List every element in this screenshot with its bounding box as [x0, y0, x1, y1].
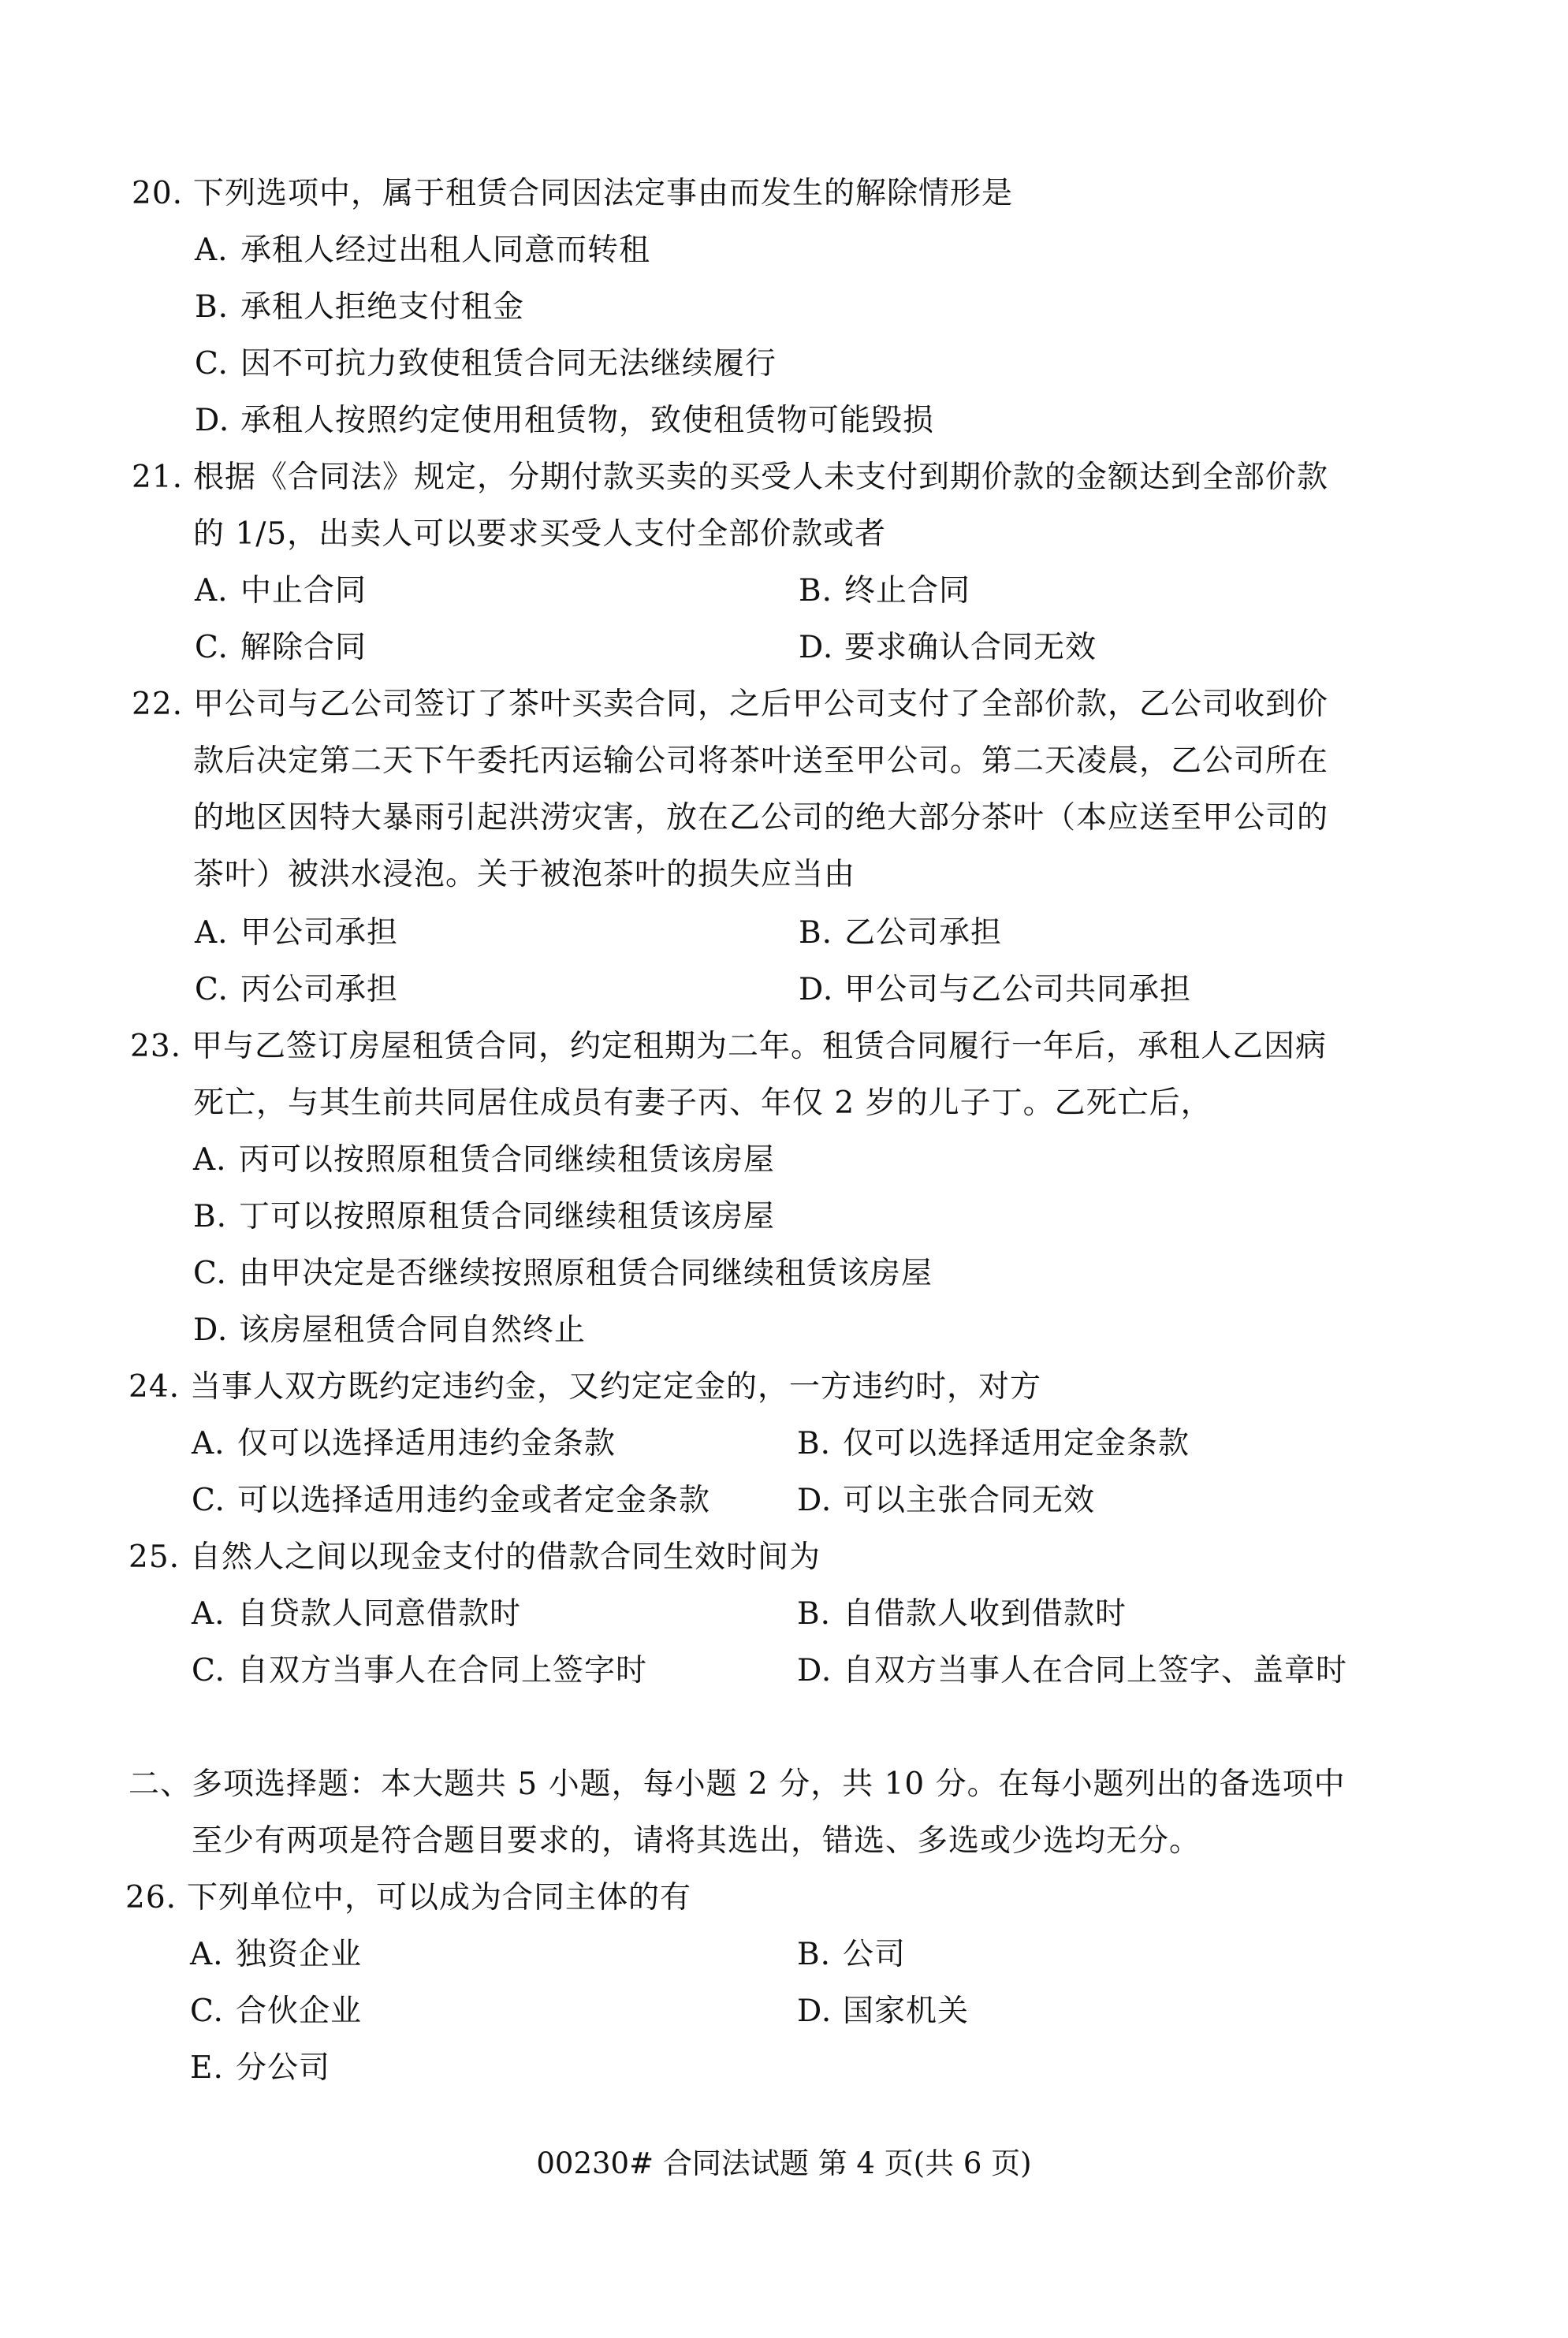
option-label: C.: [192, 1482, 237, 1520]
option-label: A.: [195, 572, 240, 610]
question-23-stem-cont: 死亡，与其生前共同居住成员有妻子丙、年仅 2 岁的儿子丁。乙死亡后，: [193, 1085, 1212, 1122]
text: 茶叶）被洪水浸泡。关于被泡茶叶的损失应当由: [193, 857, 855, 892]
text: 甲公司与乙公司共同承担: [844, 972, 1191, 1007]
text: 该房屋租赁合同自然终止: [239, 1312, 586, 1348]
option-label: A.: [195, 914, 240, 952]
text: 丙公司承担: [240, 972, 398, 1007]
option-label: B.: [799, 572, 844, 610]
question-number: 24.: [128, 1368, 190, 1406]
text: 下列选项中，属于租赁合同因法定事由而发生的解除情形是: [193, 176, 1013, 211]
text: 自借款人收到借款时: [843, 1596, 1127, 1632]
question-24-option-a: A.仅可以选择适用违约金条款: [192, 1425, 616, 1463]
question-26-option-c: C.合伙企业: [190, 1993, 362, 2031]
question-21-option-d: D.要求确认合同无效: [799, 629, 1097, 667]
option-label: E.: [190, 2049, 236, 2087]
question-26-option-e: E.分公司: [190, 2049, 330, 2087]
question-23-stem: 23.甲与乙签订房屋租赁合同，约定租期为二年。租赁合同履行一年后，承租人乙因病: [130, 1028, 1327, 1066]
text: 要求确认合同无效: [844, 630, 1097, 665]
option-label: C.: [195, 971, 240, 1009]
question-22-stem-cont-3: 茶叶）被洪水浸泡。关于被泡茶叶的损失应当由: [193, 856, 855, 894]
question-22-option-d: D.甲公司与乙公司共同承担: [799, 971, 1191, 1009]
text: 至少有两项是符合题目要求的，请将其选出，错选、多选或少选均无分。: [192, 1823, 1201, 1859]
text: 国家机关: [843, 1994, 969, 2029]
question-25-option-c: C.自双方当事人在合同上签字时: [192, 1652, 647, 1690]
option-label: B.: [195, 289, 240, 326]
text: 仅可以选择适用违约金条款: [237, 1426, 616, 1461]
question-23-option-a: A.丙可以按照原租赁合同继续租赁该房屋: [193, 1141, 775, 1179]
text: 中止合同: [240, 573, 367, 609]
text: 根据《合同法》规定，分期付款买卖的买受人未支付到期价款的金额达到全部价款: [193, 460, 1328, 495]
page-footer: 00230# 合同法试题 第 4 页(共 6 页): [0, 2146, 1568, 2182]
text: 承租人拒绝支付租金: [240, 289, 524, 325]
text: 解除合同: [240, 630, 367, 665]
text: 仅可以选择适用定金条款: [843, 1426, 1190, 1461]
option-label: A.: [192, 1425, 237, 1463]
question-21-option-c: C.解除合同: [195, 629, 367, 667]
option-label: D.: [799, 629, 844, 667]
text: 丙可以按照原租赁合同继续租赁该房屋: [239, 1142, 775, 1178]
question-24-stem: 24.当事人双方既约定违约金，又约定定金的，一方违约时，对方: [128, 1368, 1041, 1406]
text: 甲公司承担: [240, 915, 398, 951]
option-label: D.: [195, 402, 240, 440]
text: 乙公司承担: [844, 915, 1002, 951]
option-label: C.: [195, 345, 240, 383]
option-label: D.: [797, 1482, 843, 1520]
question-25-option-d: D.自双方当事人在合同上签字、盖章时: [797, 1652, 1347, 1690]
text: 的地区因特大暴雨引起洪涝灾害，放在乙公司的绝大部分茶叶（本应送至甲公司的: [193, 800, 1328, 836]
question-24-option-b: B.仅可以选择适用定金条款: [797, 1425, 1190, 1463]
question-24-option-d: D.可以主张合同无效: [797, 1482, 1095, 1520]
text: 甲与乙签订房屋租赁合同，约定租期为二年。租赁合同履行一年后，承租人乙因病: [192, 1029, 1327, 1064]
text: 自然人之间以现金支付的借款合同生效时间为: [190, 1539, 821, 1575]
question-21-stem-cont: 的 1/5，出卖人可以要求买受人支付全部价款或者: [193, 516, 886, 553]
option-label: B.: [799, 914, 844, 952]
option-label: A.: [192, 1595, 237, 1633]
question-number: 23.: [130, 1028, 192, 1066]
question-23-option-c: C.由甲决定是否继续按照原租赁合同继续租赁该房屋: [193, 1255, 933, 1293]
option-label: C.: [195, 629, 240, 667]
option-label: A.: [195, 232, 240, 270]
text: 可以主张合同无效: [843, 1483, 1095, 1518]
question-number: 26.: [125, 1879, 187, 1917]
option-label: B.: [797, 1936, 843, 1974]
question-20-option-a: A.承租人经过出租人同意而转租: [195, 232, 650, 270]
question-25-stem: 25.自然人之间以现金支付的借款合同生效时间为: [128, 1539, 821, 1577]
option-label: D.: [193, 1312, 239, 1350]
option-label: C.: [192, 1652, 237, 1690]
text: 自双方当事人在合同上签字时: [237, 1653, 647, 1688]
question-23-option-b: B.丁可以按照原租赁合同继续租赁该房屋: [193, 1198, 775, 1236]
question-20-option-d: D.承租人按照约定使用租赁物，致使租赁物可能毁损: [195, 402, 934, 440]
section-2-heading: 二、多项选择题：本大题共 5 小题，每小题 2 分，共 10 分。在每小题列出的…: [128, 1766, 1346, 1804]
text: 下列单位中，可以成为合同主体的有: [187, 1880, 691, 1915]
question-26-option-d: D.国家机关: [797, 1993, 969, 2031]
question-22-option-a: A.甲公司承担: [195, 914, 398, 952]
question-number: 22.: [132, 686, 193, 724]
text: 丁可以按照原租赁合同继续租赁该房屋: [239, 1199, 775, 1234]
text: 款后决定第二天下午委托丙运输公司将茶叶送至甲公司。第二天凌晨，乙公司所在: [193, 743, 1328, 779]
question-22-stem-cont-2: 的地区因特大暴雨引起洪涝灾害，放在乙公司的绝大部分茶叶（本应送至甲公司的: [193, 799, 1328, 837]
text: 由甲决定是否继续按照原租赁合同继续租赁该房屋: [239, 1256, 933, 1291]
option-label: C.: [193, 1255, 239, 1293]
question-26-stem: 26.下列单位中，可以成为合同主体的有: [125, 1879, 691, 1917]
text: 可以选择适用违约金或者定金条款: [237, 1483, 710, 1518]
option-label: D.: [797, 1993, 843, 2031]
question-22-option-b: B.乙公司承担: [799, 914, 1002, 952]
text: 当事人双方既约定违约金，又约定定金的，一方违约时，对方: [190, 1369, 1041, 1405]
text: 终止合同: [844, 573, 970, 609]
text: 甲公司与乙公司签订了茶叶买卖合同，之后甲公司支付了全部价款，乙公司收到价: [193, 687, 1328, 722]
option-label: B.: [797, 1595, 843, 1633]
question-26-option-a: A.独资企业: [190, 1936, 362, 1974]
text: 的 1/5，出卖人可以要求买受人支付全部价款或者: [193, 516, 886, 552]
text: 独资企业: [236, 1937, 362, 1972]
text: 承租人经过出租人同意而转租: [240, 233, 650, 268]
question-22-stem: 22.甲公司与乙公司签订了茶叶买卖合同，之后甲公司支付了全部价款，乙公司收到价: [132, 686, 1328, 724]
question-24-option-c: C.可以选择适用违约金或者定金条款: [192, 1482, 710, 1520]
question-20-stem: 20.下列选项中，属于租赁合同因法定事由而发生的解除情形是: [132, 175, 1013, 213]
question-22-stem-cont-1: 款后决定第二天下午委托丙运输公司将茶叶送至甲公司。第二天凌晨，乙公司所在: [193, 743, 1328, 780]
option-label: B.: [193, 1198, 239, 1236]
text: 死亡，与其生前共同居住成员有妻子丙、年仅 2 岁的儿子丁。乙死亡后，: [193, 1085, 1212, 1121]
question-20-option-b: B.承租人拒绝支付租金: [195, 289, 524, 326]
question-22-option-c: C.丙公司承担: [195, 971, 398, 1009]
option-label: C.: [190, 1993, 236, 2031]
text: 因不可抗力致使租赁合同无法继续履行: [240, 346, 777, 382]
text: 公司: [843, 1937, 906, 1972]
text: 自双方当事人在合同上签字、盖章时: [843, 1653, 1347, 1688]
question-26-option-b: B.公司: [797, 1936, 906, 1974]
question-25-option-a: A.自贷款人同意借款时: [192, 1595, 521, 1633]
option-label: A.: [190, 1936, 236, 1974]
section-2-heading-cont: 至少有两项是符合题目要求的，请将其选出，错选、多选或少选均无分。: [192, 1822, 1201, 1860]
question-23-option-d: D.该房屋租赁合同自然终止: [193, 1312, 586, 1350]
question-21-option-a: A.中止合同: [195, 572, 367, 610]
option-label: D.: [797, 1652, 843, 1690]
text: 分公司: [236, 2050, 330, 2086]
text: 承租人按照约定使用租赁物，致使租赁物可能毁损: [240, 403, 934, 438]
option-label: B.: [797, 1425, 843, 1463]
question-number: 20.: [132, 175, 193, 213]
text: 自贷款人同意借款时: [237, 1596, 521, 1632]
question-number: 25.: [128, 1539, 190, 1577]
question-20-option-c: C.因不可抗力致使租赁合同无法继续履行: [195, 345, 777, 383]
option-label: A.: [193, 1141, 239, 1179]
text: 合伙企业: [236, 1994, 362, 2029]
text: 二、多项选择题：本大题共 5 小题，每小题 2 分，共 10 分。在每小题列出的…: [128, 1767, 1346, 1802]
question-21-option-b: B.终止合同: [799, 572, 970, 610]
option-label: D.: [799, 971, 844, 1009]
question-number: 21.: [132, 459, 193, 497]
question-25-option-b: B.自借款人收到借款时: [797, 1595, 1127, 1633]
question-21-stem: 21.根据《合同法》规定，分期付款买卖的买受人未支付到期价款的金额达到全部价款: [132, 459, 1328, 497]
